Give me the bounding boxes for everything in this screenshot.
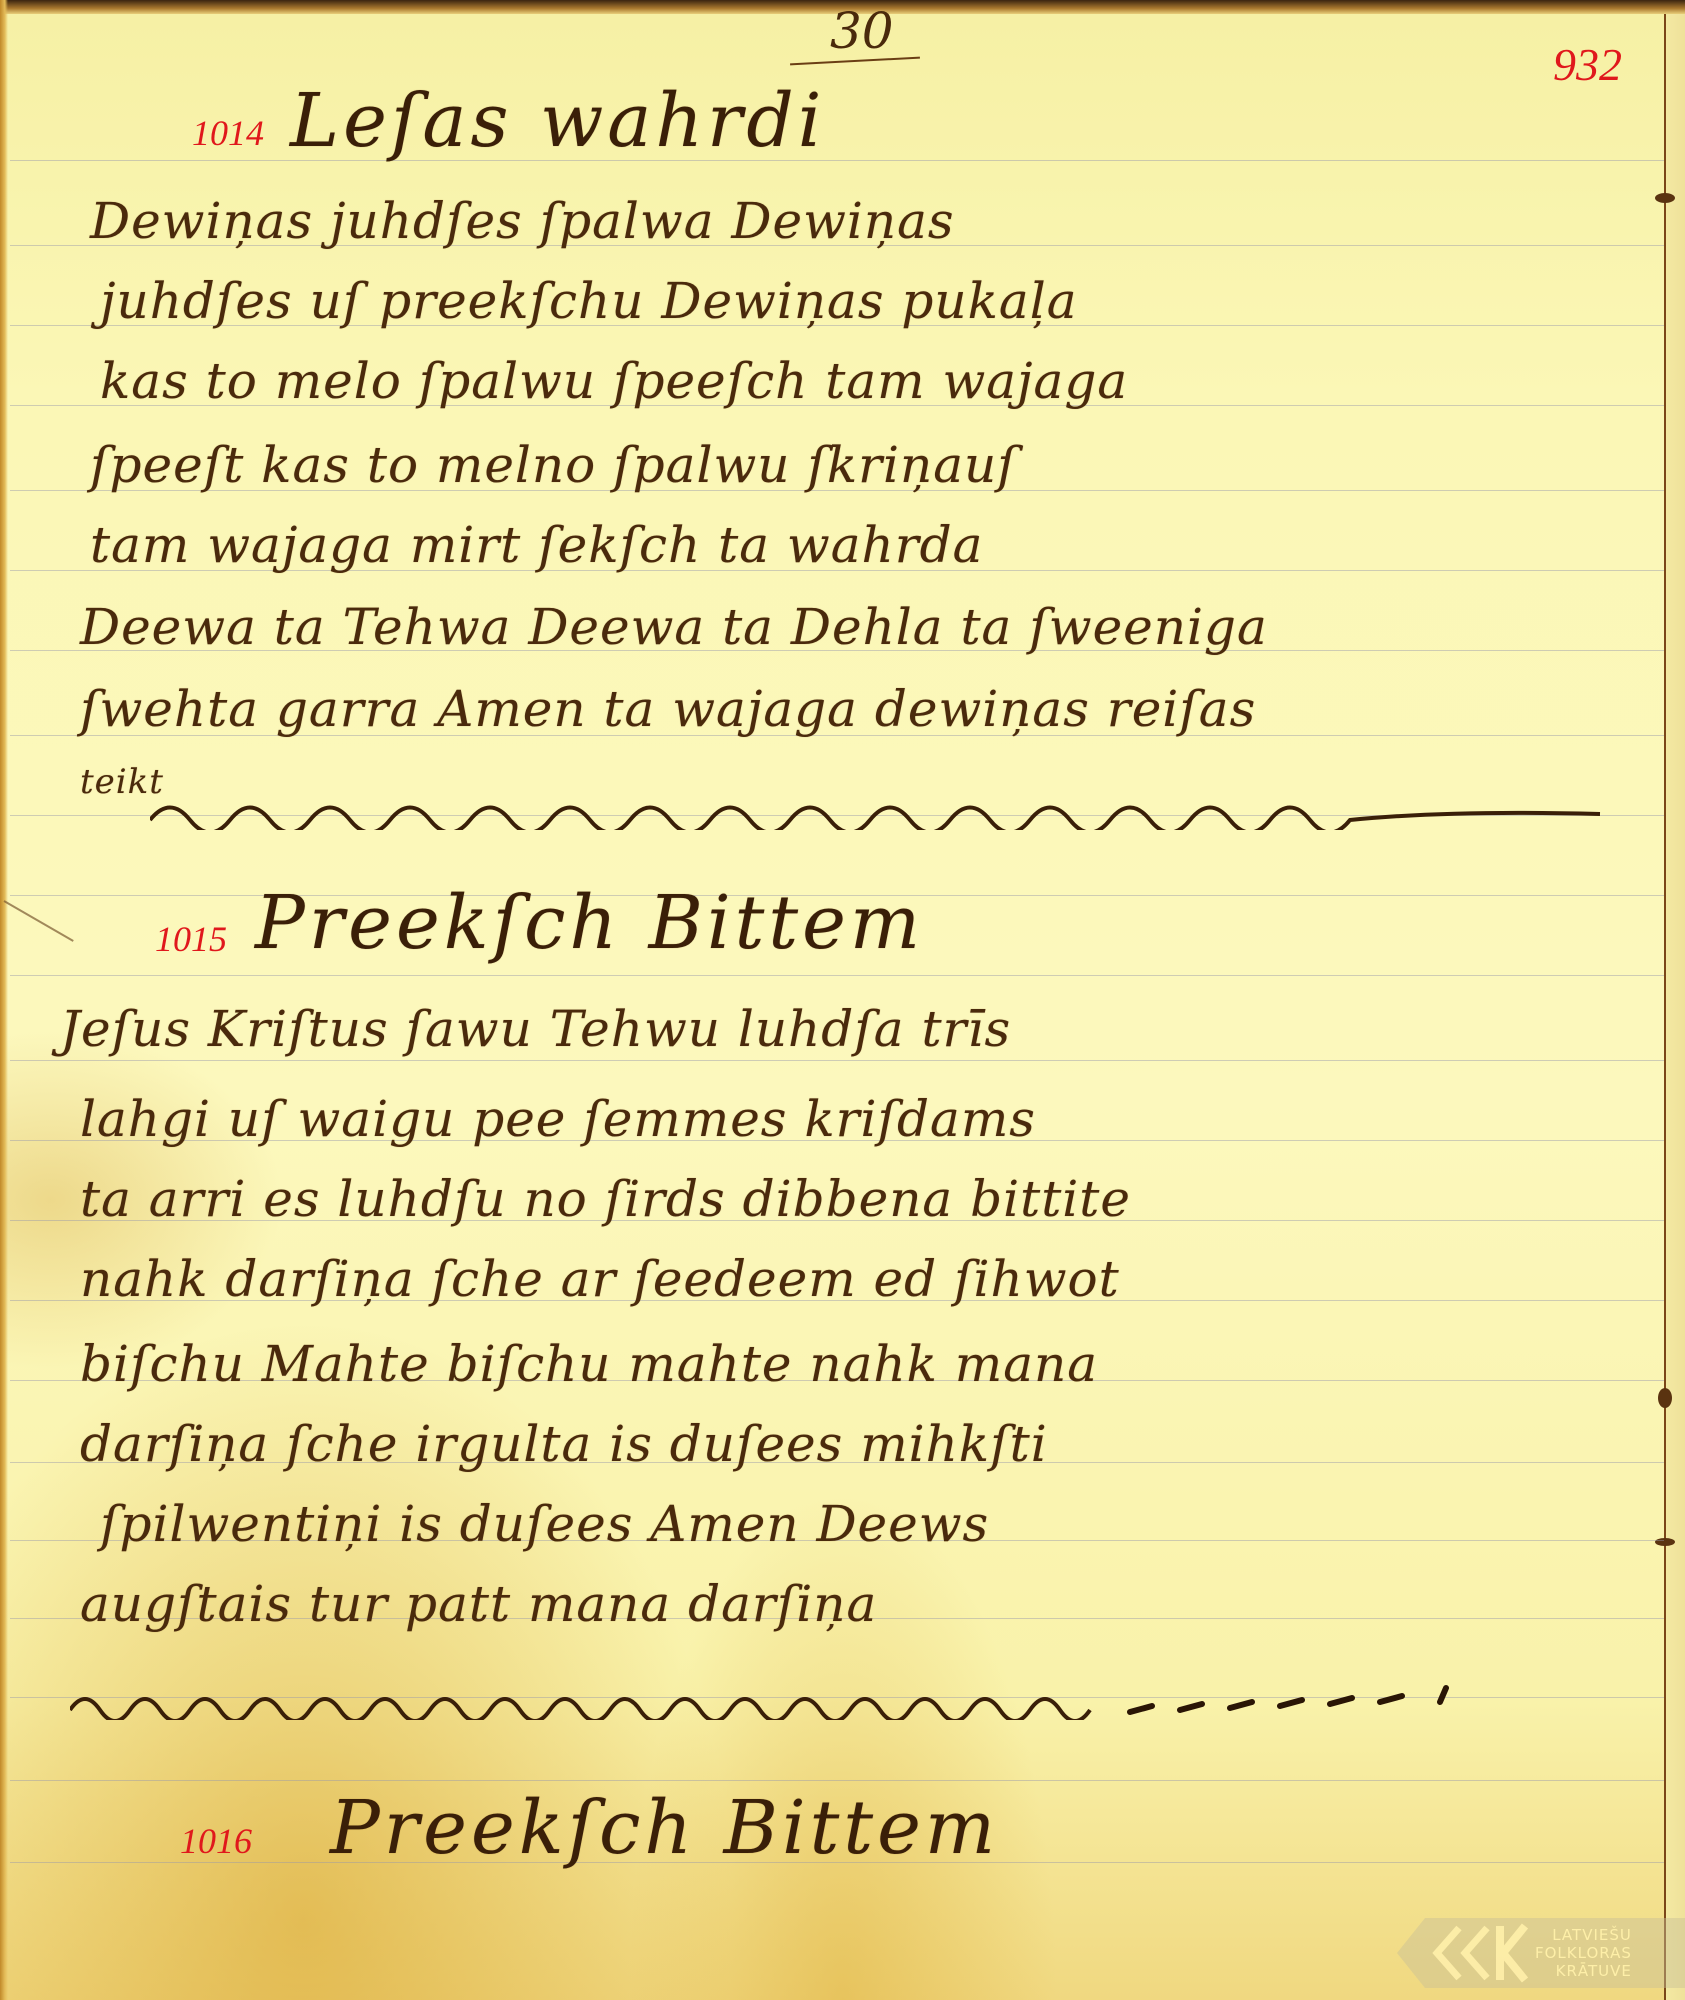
end-flourish (150, 790, 1610, 830)
binding-thread-line (1664, 14, 1666, 2000)
entry-text-line: lahgi uſ waigu pee ſemmes kriſdams (80, 1090, 1036, 1148)
paper-crease (4, 900, 74, 942)
ink-page-number-text: 30 (830, 2, 894, 60)
entry-text-line: Deewa ta Tehwa Deewa ta Dehla ta ſweenig… (80, 598, 1268, 656)
page-left-edge (0, 0, 8, 2000)
facing-page-strip (1666, 14, 1685, 2000)
end-flourish (70, 1680, 1570, 1720)
ruled-line (10, 975, 1664, 976)
watermark-arrow (1397, 1918, 1425, 1988)
binding-stitch (1655, 193, 1675, 203)
entry-text-line: ſpeeſt kas to melno ſpalwu ſkriņauſ (90, 436, 1017, 494)
entry-text-line: nahk darſiņa ſche ar ſeedeem ed ſihwot (80, 1250, 1120, 1308)
entry-text-line: Dewiņas juhdſes ſpalwa Dewiņas (90, 192, 955, 250)
manuscript-page: 30 932 1014 Leſas wahrdi Dewiņas juhdſes… (0, 0, 1685, 2000)
entry-title: Preekſch Bittem (330, 1785, 999, 1871)
entry-text-line: ſpilwentiņi is duſees Amen Deews (100, 1495, 989, 1553)
watermark-line: KRĀTUVE (1556, 1962, 1632, 1980)
ruled-line (10, 160, 1664, 161)
watermark-text: LATVIEŠU FOLKLORAS KRĀTUVE (1535, 1926, 1638, 1980)
watermark-line: LATVIEŠU (1552, 1926, 1632, 1944)
ruled-line (10, 1060, 1664, 1061)
watermark-line: FOLKLORAS (1535, 1944, 1632, 1962)
entry-text-line: ſwehta garra Amen ta wajaga dewiņas reiſ… (80, 680, 1256, 738)
ink-page-number: 30 (830, 2, 894, 60)
entry-text-line: augſtais tur patt mana darſiņa (80, 1575, 877, 1633)
entry-number: 1014 (192, 112, 264, 154)
entry-text-line: Jeſus Kriſtus ſawu Tehwu luhdſa trīs (60, 1000, 1011, 1058)
lfk-logo-icon (1425, 1918, 1535, 1988)
entry-number: 1016 (180, 1820, 252, 1862)
entry-number: 1015 (155, 918, 227, 960)
archive-watermark: LATVIEŠU FOLKLORAS KRĀTUVE (1425, 1918, 1685, 1988)
entry-text-line: juhdſes uſ preekſchu Dewiņas pukaļa (100, 272, 1078, 330)
entry-text-line: ta arri es luhdſu no ſirds dibbena bitti… (80, 1170, 1131, 1228)
entry-title: Leſas wahrdi (290, 78, 825, 164)
entry-text-line: kas to melo ſpalwu ſpeeſch tam wajaga (100, 352, 1128, 410)
entry-text-line: biſchu Mahte biſchu mahte nahk mana (80, 1335, 1098, 1393)
archive-page-number: 932 (1553, 38, 1622, 91)
entry-title: Preekſch Bittem (255, 880, 924, 966)
entry-text-line: tam wajaga mirt ſekſch ta wahrda (90, 516, 983, 574)
entry-text-line: darſiņa ſche irgulta is duſees mihkſti (80, 1415, 1048, 1473)
binding-stitch (1658, 1388, 1672, 1408)
ruled-line (10, 1780, 1664, 1781)
